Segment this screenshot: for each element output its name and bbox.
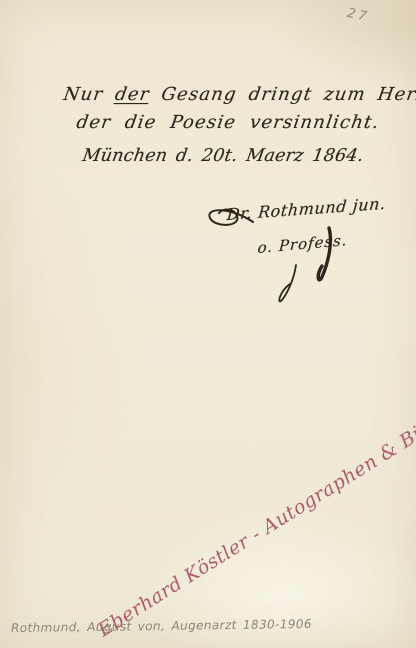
manuscript-page: 27 Nur der Gesang dringt zum Herzen, der… bbox=[0, 0, 416, 648]
inscription-date-line: München d. 20t. Maerz 1864. bbox=[81, 146, 365, 166]
inscription-line-1-post: Gesang dringt zum Herzen, bbox=[148, 84, 416, 105]
catalog-annotation-pencil: Rothmund, August von, Augenarzt 1830-190… bbox=[11, 617, 312, 635]
dealer-watermark: Eberhard Köstler - Autographen & Bücher bbox=[94, 396, 416, 641]
inscription-underlined-word: der bbox=[113, 84, 151, 105]
inscription-line-1-pre: Nur bbox=[62, 84, 117, 105]
inscription-line-1: Nur der Gesang dringt zum Herzen, bbox=[62, 84, 416, 105]
inscription-line-2: der die Poesie versinnlicht. bbox=[75, 112, 381, 133]
page-number-pencil: 27 bbox=[346, 6, 371, 25]
